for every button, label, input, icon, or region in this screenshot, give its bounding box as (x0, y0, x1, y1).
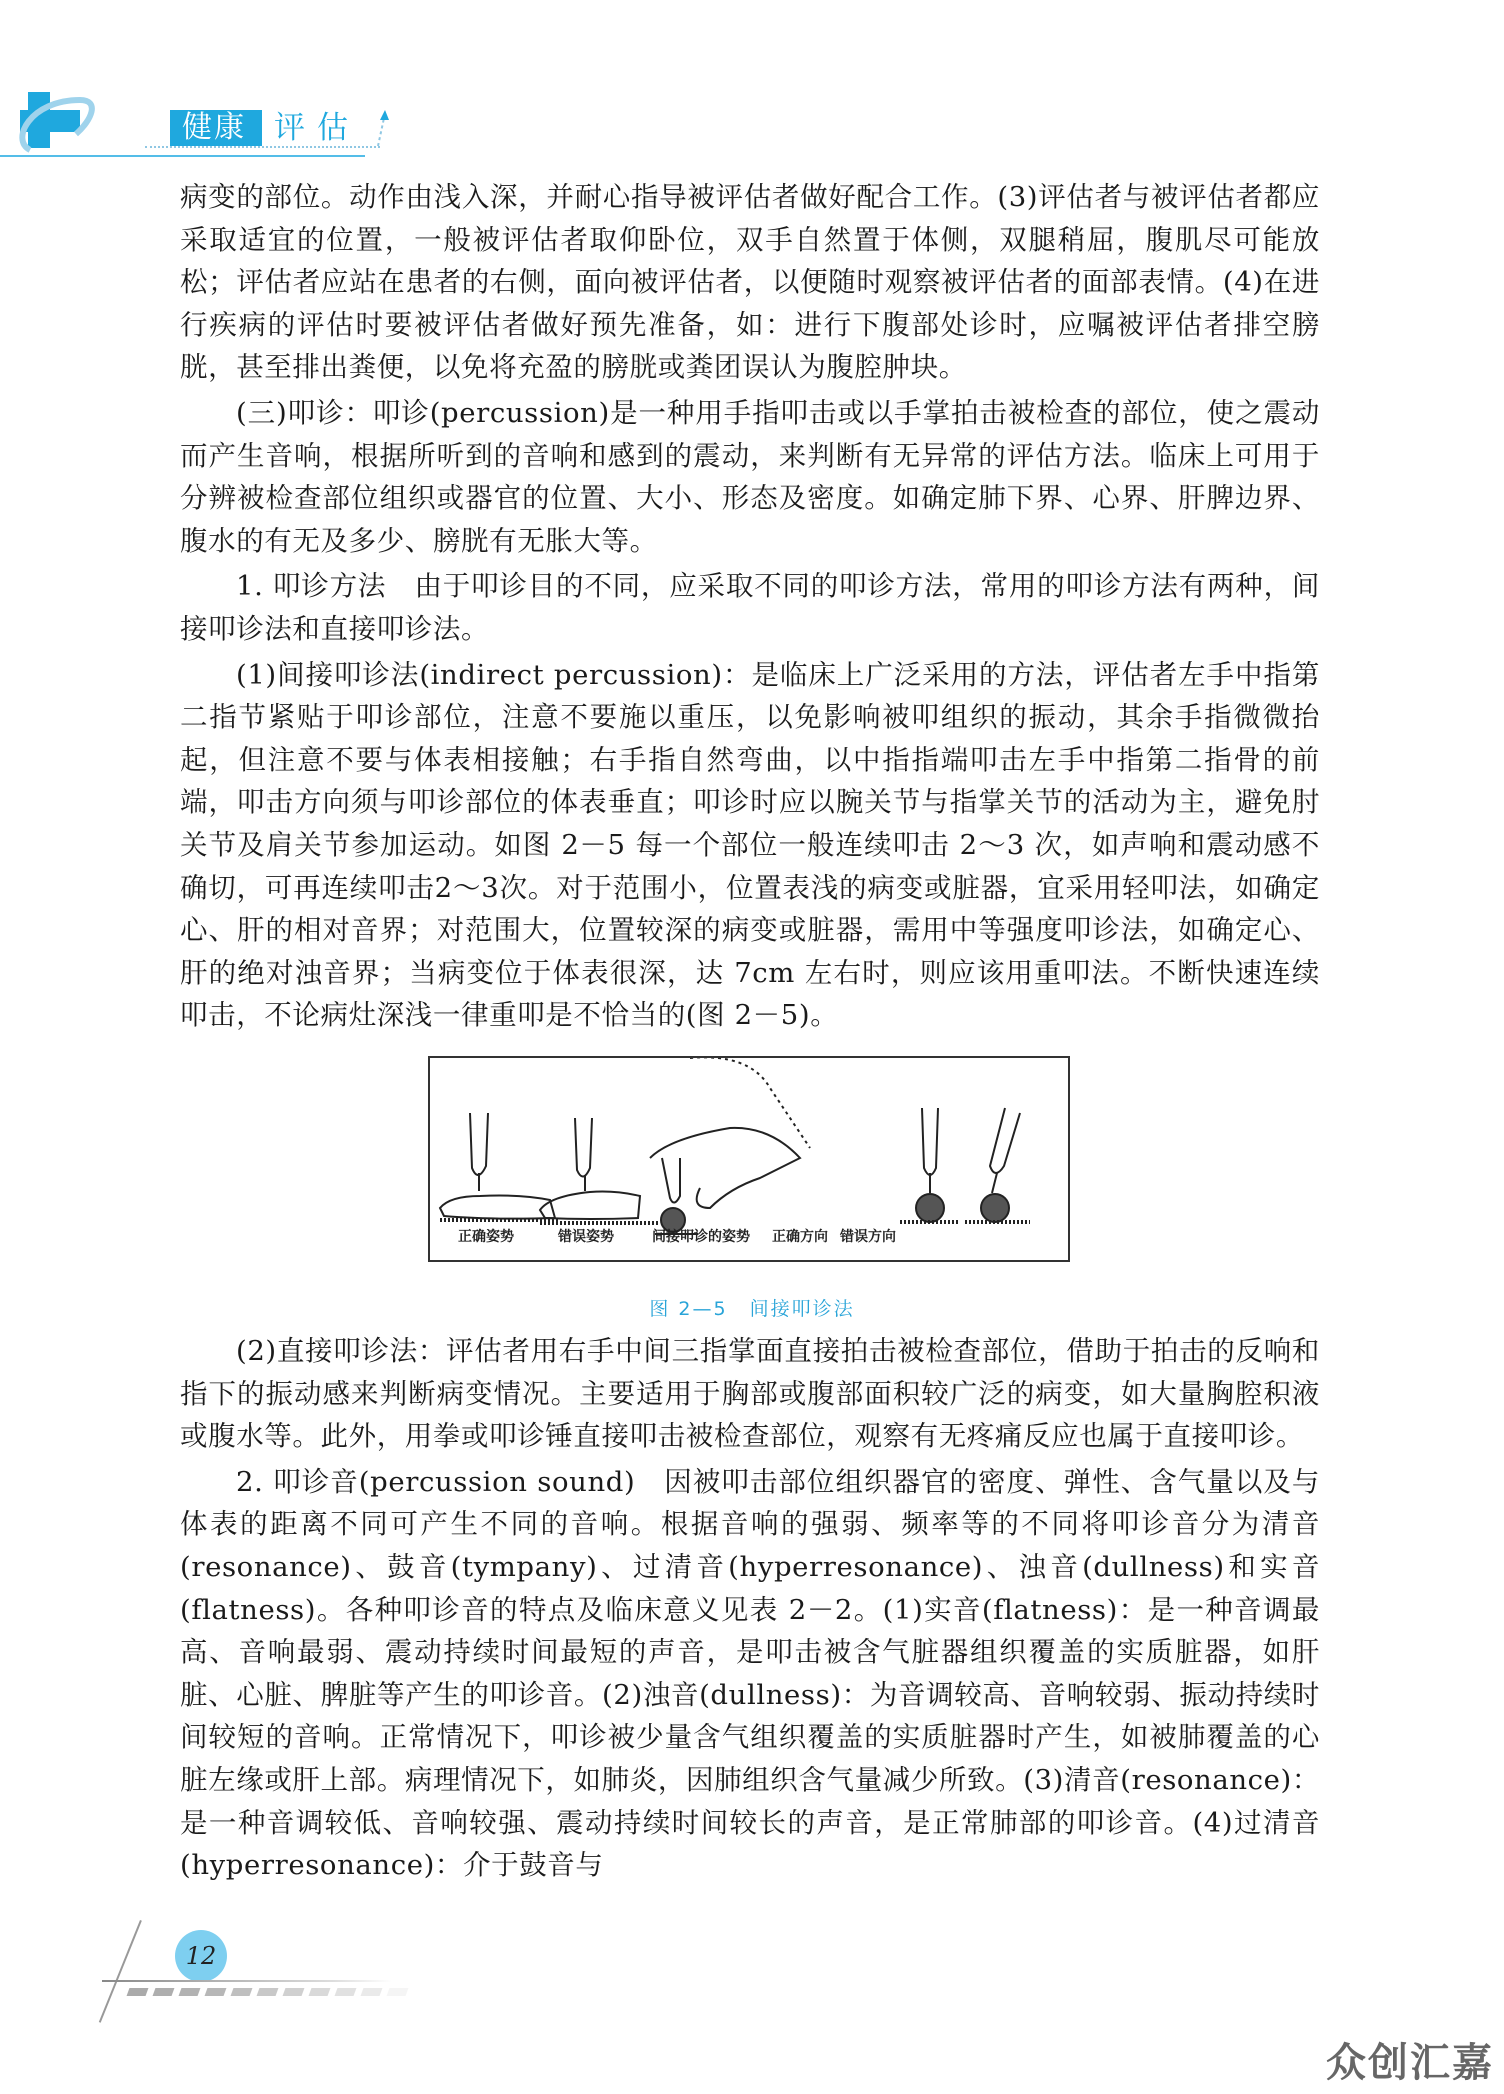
figure-label: 错误姿势 (558, 1226, 614, 1246)
figure-indirect-percussion: 正确姿势 错误姿势 间接叩诊的姿势 正确方向 错误方向 (428, 1056, 1070, 1262)
page-header: 健康 评估 (0, 80, 420, 170)
body-text-section-2: (2)直接叩诊法：评估者用右手中间三指掌面直接拍击被检查部位，借助于拍击的反响和… (180, 1330, 1320, 1890)
header-divider (0, 155, 365, 157)
footer-line (102, 1980, 392, 1982)
figure-label: 间接叩诊的姿势 (652, 1226, 750, 1246)
figure-label: 正确姿势 (458, 1226, 514, 1246)
figure-caption-title: 间接叩诊法 (750, 1298, 855, 1320)
figure-caption: 图 2—5间接叩诊法 (0, 1294, 1504, 1321)
page-number: 12 (175, 1930, 227, 1982)
arrow-up-icon (372, 110, 392, 150)
body-text-section-1: 病变的部位。动作由浅入深，并耐心指导被评估者做好配合工作。(3)评估者与被评估者… (180, 176, 1320, 1040)
figure-labels: 正确姿势 错误姿势 间接叩诊的姿势 正确方向 错误方向 (430, 1220, 1068, 1250)
paragraph: (2)直接叩诊法：评估者用右手中间三指掌面直接拍击被检查部位，借助于拍击的反响和… (180, 1330, 1320, 1458)
watermark: 众创汇嘉 (1326, 2031, 1494, 2088)
paragraph: 1. 叩诊方法 由于叩诊目的不同，应采取不同的叩诊方法，常用的叩诊方法有两种，间… (180, 565, 1320, 650)
page-footer: 12 (80, 1920, 500, 2020)
paragraph: 2. 叩诊音(percussion sound) 因被叩击部位组织器官的密度、弹… (180, 1461, 1320, 1887)
medical-cross-logo-icon (0, 80, 180, 160)
paragraph: (三)叩诊：叩诊(percussion)是一种用手指叩击或以手掌拍击被检查的部位… (180, 392, 1320, 562)
figure-label: 正确方向 (772, 1226, 828, 1246)
footer-slash-decoration (99, 1920, 142, 2023)
brand-text: 评估 (274, 108, 360, 148)
header-dotted-line (145, 146, 380, 148)
footer-dash-decoration (128, 1988, 407, 1996)
paragraph: (1)间接叩诊法(indirect percussion)：是临床上广泛采用的方… (180, 654, 1320, 1037)
figure-caption-number: 图 2—5 (649, 1298, 727, 1320)
brand-box-text: 健康 (170, 110, 262, 146)
figure-label: 错误方向 (840, 1226, 896, 1246)
paragraph: 病变的部位。动作由浅入深，并耐心指导被评估者做好配合工作。(3)评估者与被评估者… (180, 176, 1320, 389)
